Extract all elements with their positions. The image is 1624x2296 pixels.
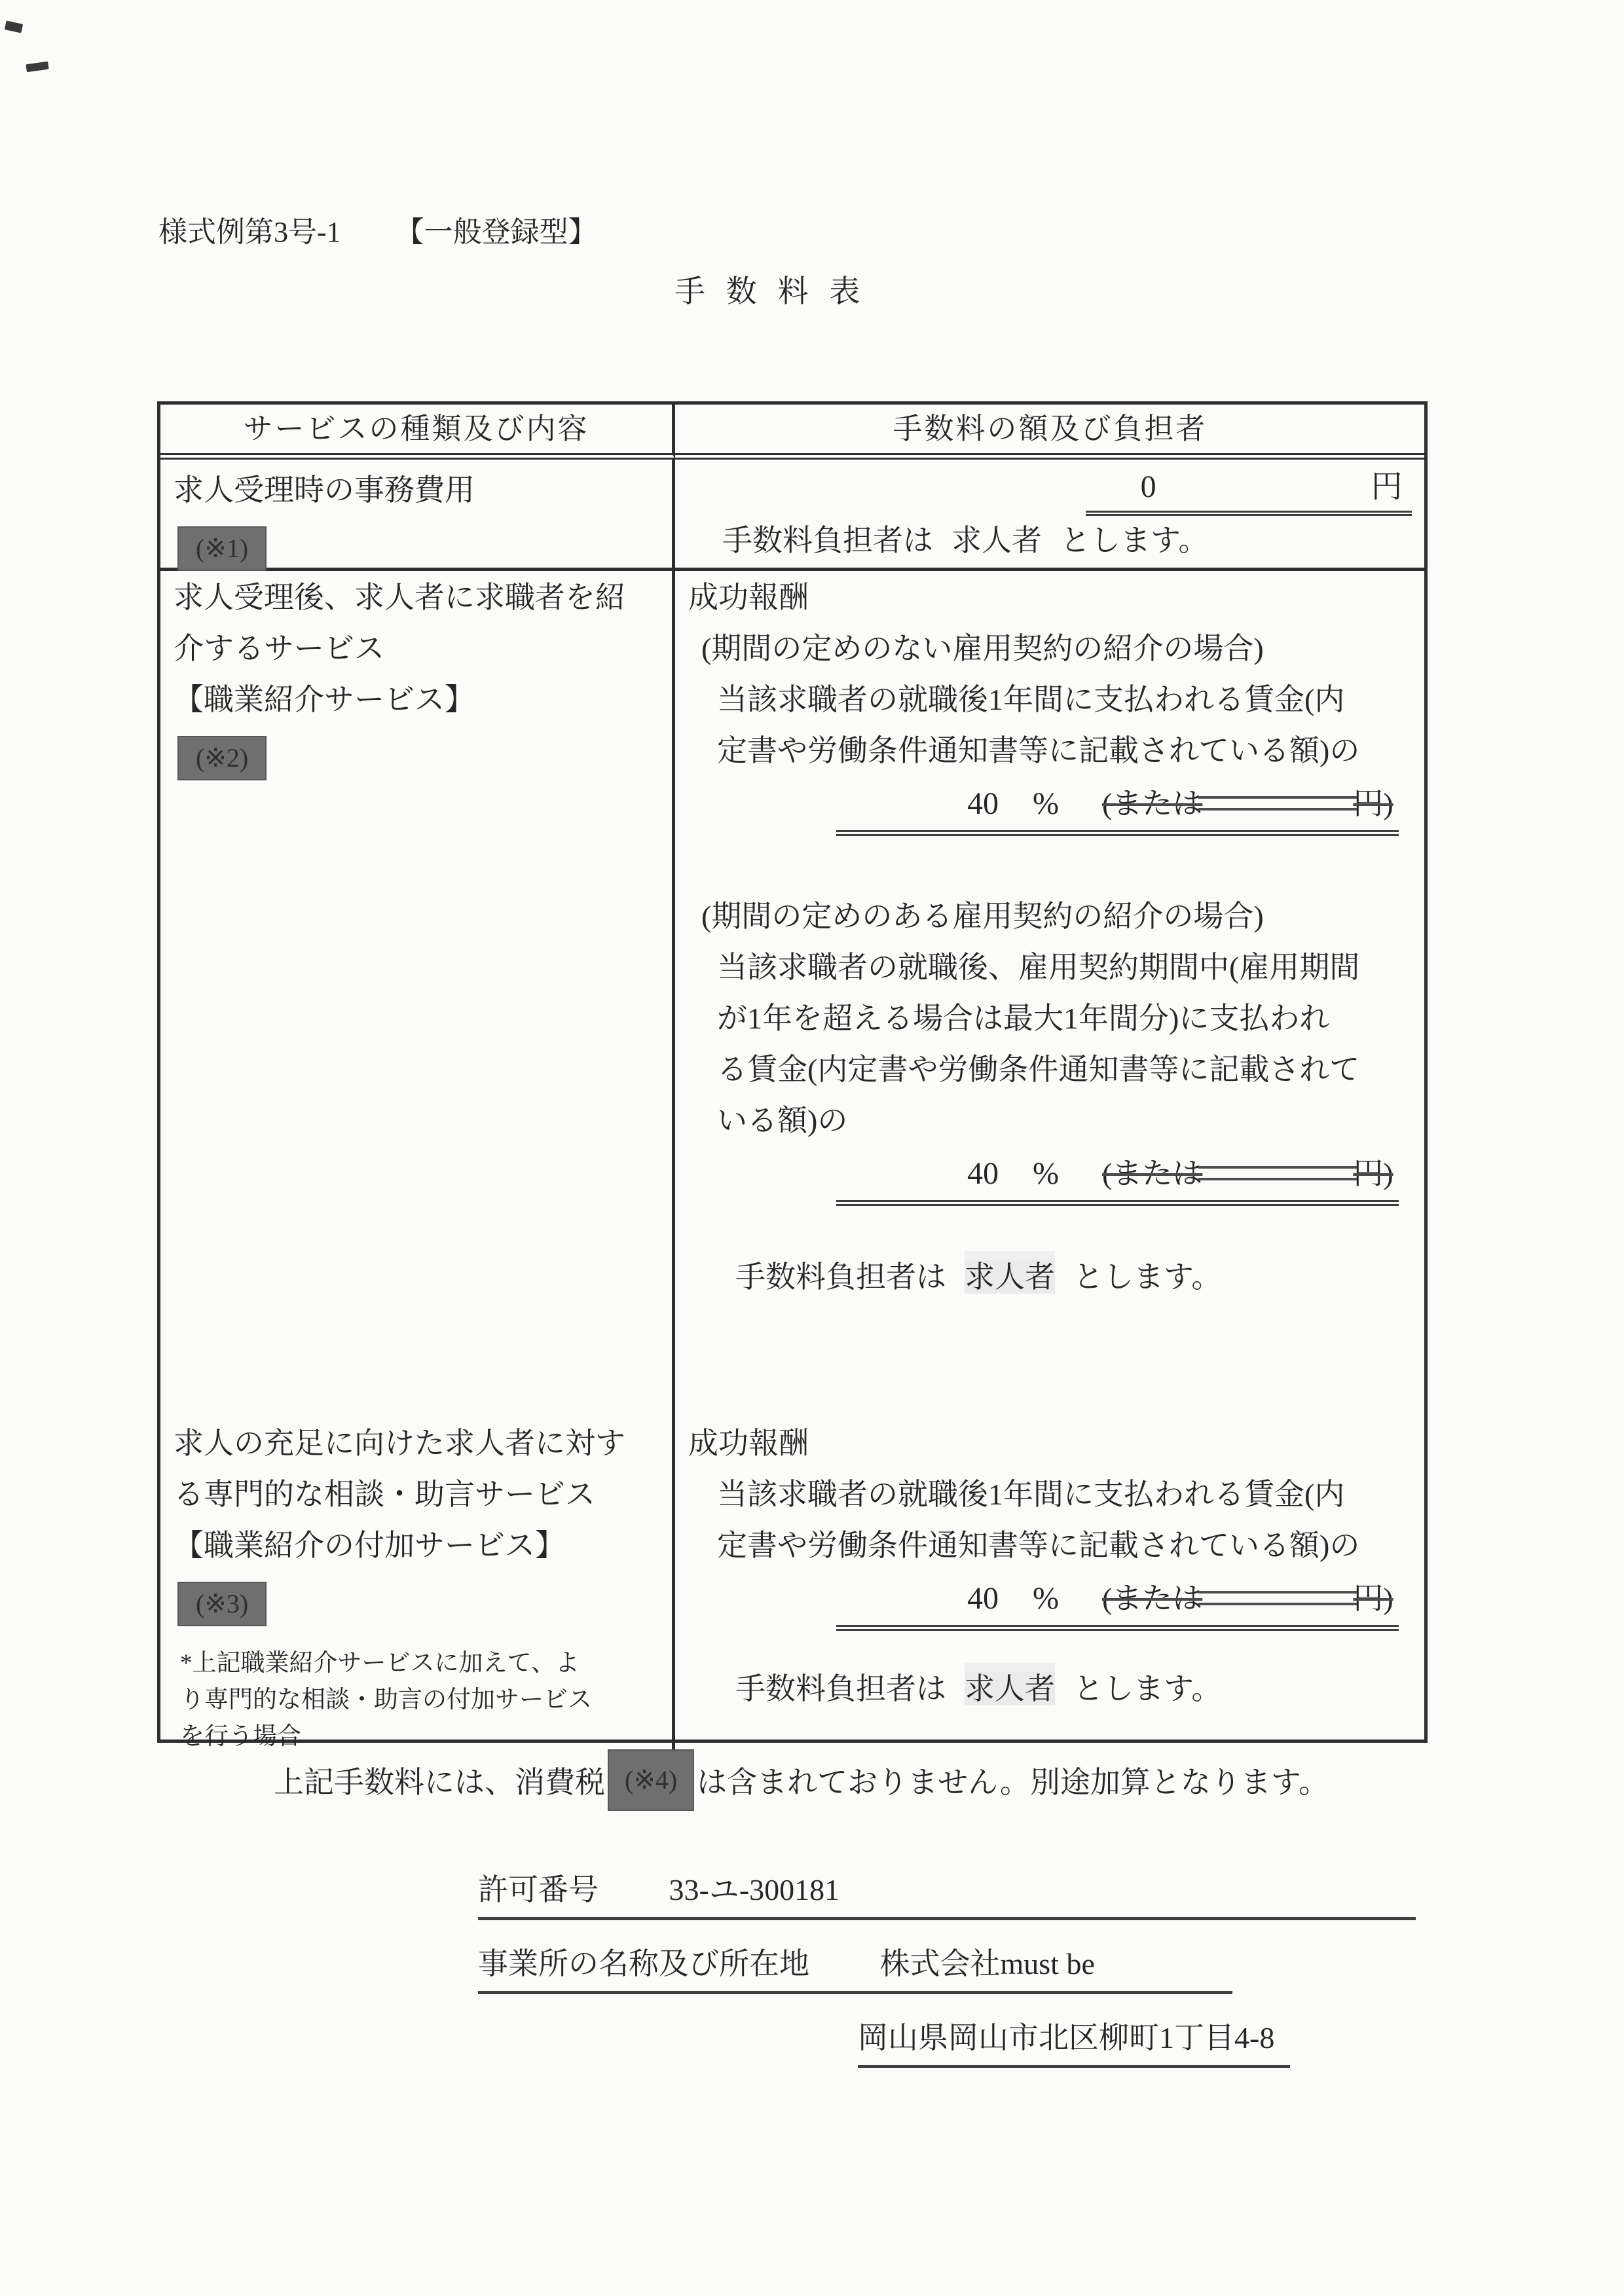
table-header-fee: 手数料の額及び負担者	[675, 405, 1425, 460]
struck-blank-field	[1202, 790, 1353, 818]
fee-unit: %	[1033, 1156, 1059, 1192]
case1-desc-line: 当該求職者の就職後1年間に支払われる賃金(内	[688, 674, 1413, 725]
row3-service-line: る専門的な相談・助言サービス	[174, 1469, 660, 1520]
form-label: 様式例第3号-1 【一般登録型】	[158, 208, 597, 250]
payer-suffix: とします。	[1073, 1672, 1221, 1705]
office-label: 事業所の名称及び所在地	[478, 1947, 809, 1980]
fee-table: サービスの種類及び内容 手数料の額及び負担者 求人受理時の事務費用 (※1) 0…	[157, 401, 1428, 1743]
row1-service-cell: 求人受理時の事務費用 (※1)	[160, 460, 675, 571]
note-ref-4-box: (※4)	[608, 1749, 694, 1811]
license-label: 許可番号	[478, 1873, 599, 1906]
struck-alt-open: (または	[1102, 1156, 1202, 1192]
license-number: 33-ユ-300181	[669, 1873, 840, 1906]
payer-prefix: 手数料負担者は	[735, 1672, 946, 1705]
row2-service-cell: 求人受理後、求人者に求職者を紹 介するサービス 【職業紹介サービス】 (※2)	[160, 571, 675, 1417]
note-ref-3-box: (※3)	[177, 1582, 267, 1626]
tax-footnote: 上記手数料には、消費税 (※4) は含まれておりません。別途加算となります。	[274, 1752, 1329, 1813]
row3-footnote: *上記職業紹介サービスに加えて、よ り専門的な相談・助言の付加サービス を行う場…	[174, 1645, 660, 1755]
case2-desc-line: 当該求職者の就職後、雇用契約期間中(雇用期間	[688, 942, 1413, 993]
fee-unit: %	[1033, 786, 1059, 822]
payer-name: 求人者	[965, 1260, 1055, 1294]
scan-speck	[5, 20, 23, 33]
case2-desc-line: いる額)の	[688, 1095, 1413, 1146]
row3-desc-line: 当該求職者の就職後1年間に支払われる賃金(内	[688, 1469, 1413, 1520]
registration-footer: 許可番号 33-ユ-300181 事業所の名称及び所在地 株式会社must be…	[478, 1866, 1416, 2068]
struck-blank-field	[1202, 1159, 1353, 1188]
row3-fee-rate-line: 40 % (または 円)	[836, 1580, 1399, 1631]
case2-condition: (期間の定めのある雇用契約の紹介の場合)	[688, 891, 1413, 942]
row1-service-label: 求人受理時の事務費用	[174, 465, 660, 516]
payer-name: 求人者	[951, 524, 1042, 557]
row2-payer-line: 手数料負担者は求人者とします。	[688, 1252, 1413, 1303]
note-ref-2-box: (※2)	[177, 736, 267, 780]
struck-alt-open: (または	[1102, 1580, 1202, 1617]
struck-blank-field	[1202, 1584, 1353, 1613]
tax-footnote-suffix: は含まれておりません。別途加算となります。	[697, 1757, 1329, 1809]
row2-service-line: 介するサービス	[174, 623, 660, 674]
payer-prefix: 手数料負担者は	[722, 524, 933, 557]
form-type: 【一般登録型】	[396, 216, 597, 248]
office-line: 事業所の名称及び所在地 株式会社must be	[478, 1940, 1232, 1994]
fee-rate: 40	[967, 1580, 999, 1617]
struck-alt-open: (または	[1102, 786, 1202, 822]
row3-payer-line: 手数料負担者は求人者とします。	[688, 1664, 1413, 1715]
payer-name: 求人者	[965, 1672, 1055, 1705]
note-ref-1-box: (※1)	[177, 526, 267, 571]
row3-footnote-line: を行う場合	[180, 1719, 660, 1755]
fee-unit: %	[1033, 1580, 1059, 1617]
fee-rate: 40	[967, 1156, 999, 1192]
payer-prefix: 手数料負担者は	[735, 1260, 946, 1294]
page-title: 手 数 料 表	[674, 267, 866, 311]
row3-footnote-line: *上記職業紹介サービスに加えて、よ	[180, 1645, 660, 1682]
payer-suffix: とします。	[1060, 524, 1208, 557]
row3-footnote-line: り専門的な相談・助言の付加サービス	[180, 1682, 660, 1719]
struck-alt-close: 円)	[1353, 1580, 1393, 1617]
row2-service-tag: 【職業紹介サービス】	[174, 674, 660, 725]
row3-service-cell: 求人の充足に向けた求人者に対す る専門的な相談・助言サービス 【職業紹介の付加サ…	[160, 1417, 675, 1755]
case1-fee-rate-line: 40 % (または 円)	[836, 786, 1399, 836]
license-line: 許可番号 33-ユ-300181	[478, 1866, 1416, 1920]
row1-payer-line: 手数料負担者は求人者とします。	[675, 521, 1425, 560]
office-name: 株式会社must be	[880, 1947, 1095, 1980]
reward-label: 成功報酬	[688, 1418, 1413, 1469]
case2-fee-rate-line: 40 % (または 円)	[836, 1156, 1399, 1206]
row2-service-line: 求人受理後、求人者に求職者を紹	[174, 572, 660, 623]
row1-amount-unit: 円	[1371, 467, 1403, 507]
fee-rate: 40	[967, 786, 999, 822]
row3-service-line: 求人の充足に向けた求人者に対す	[174, 1418, 660, 1469]
row2-fee-cell: 成功報酬 (期間の定めのない雇用契約の紹介の場合) 当該求職者の就職後1年間に支…	[675, 571, 1425, 1417]
reward-label: 成功報酬	[688, 572, 1413, 623]
struck-alt-close: 円)	[1353, 786, 1393, 822]
tax-footnote-prefix: 上記手数料には、消費税	[274, 1757, 605, 1809]
row3-desc-line: 定書や労働条件通知書等に記載されている額)の	[688, 1520, 1413, 1571]
row3-fee-cell: 成功報酬 当該求職者の就職後1年間に支払われる賃金(内 定書や労働条件通知書等に…	[675, 1417, 1425, 1755]
row3-service-tag: 【職業紹介の付加サービス】	[174, 1520, 660, 1571]
row1-amount-value: 0	[1141, 467, 1156, 507]
row1-fee-cell: 0 円 手数料負担者は求人者とします。	[675, 460, 1425, 571]
office-address: 岡山県岡山市北区柳町1丁目4-8	[858, 2014, 1290, 2068]
scan-speck	[26, 62, 48, 73]
case2-desc-line: る賃金(内定書や労働条件通知書等に記載されて	[688, 1044, 1413, 1095]
case2-desc-line: が1年を超える場合は最大1年間分)に支払われ	[688, 993, 1413, 1044]
struck-alt-close: 円)	[1353, 1156, 1393, 1192]
form-number: 様式例第3号-1	[158, 216, 341, 248]
row1-amount-line: 0 円	[1086, 467, 1412, 516]
case1-condition: (期間の定めのない雇用契約の紹介の場合)	[688, 623, 1413, 674]
payer-suffix: とします。	[1073, 1260, 1221, 1294]
case1-desc-line: 定書や労働条件通知書等に記載されている額)の	[688, 725, 1413, 776]
table-header-service: サービスの種類及び内容	[160, 405, 675, 460]
